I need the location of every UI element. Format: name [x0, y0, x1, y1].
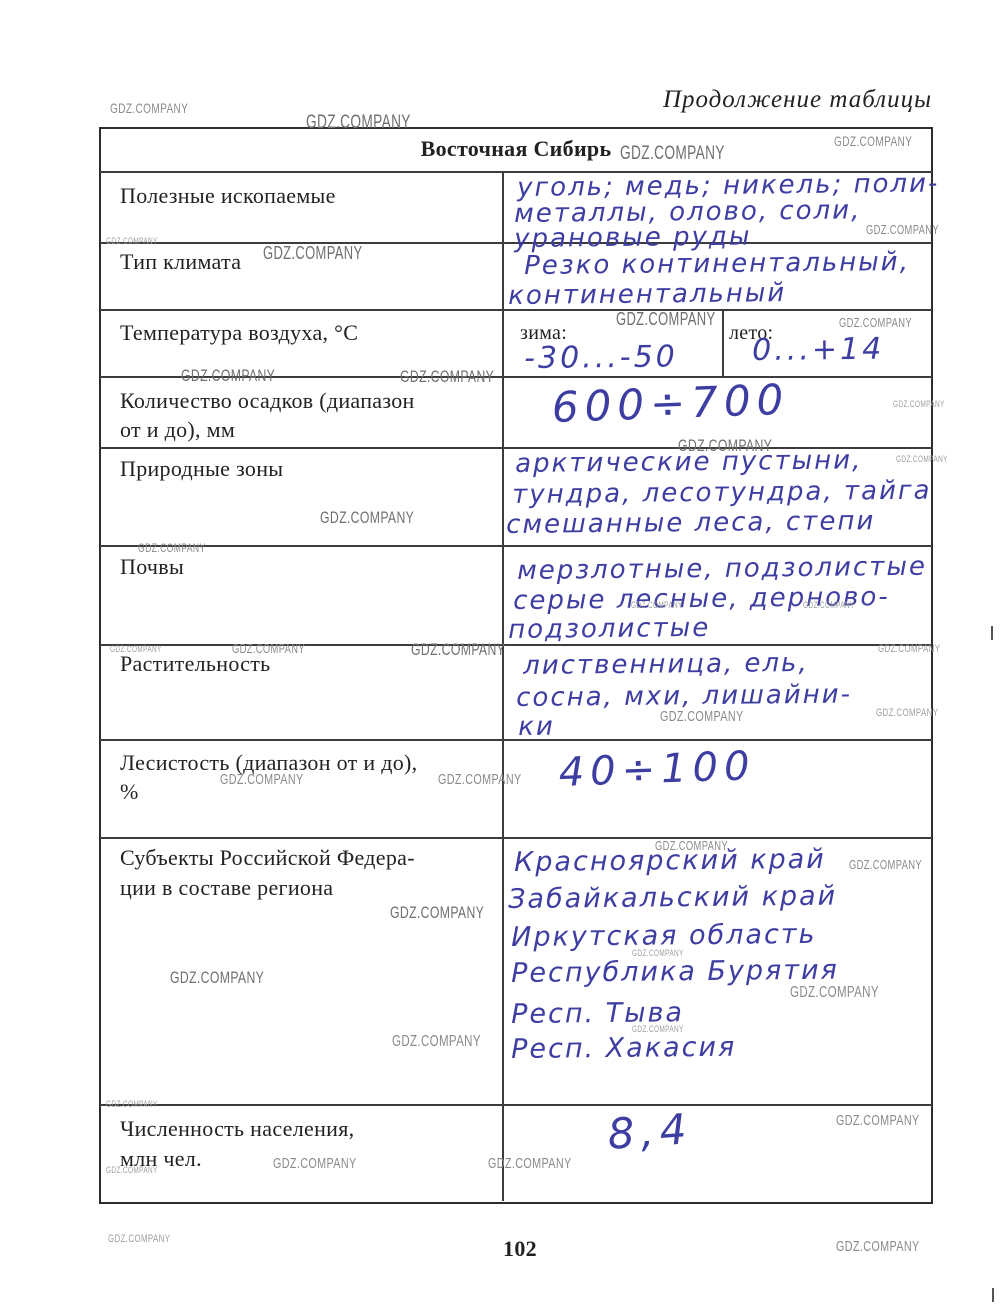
row-label: Почвы: [120, 554, 184, 580]
watermark: GDZ.COMPANY: [170, 968, 264, 988]
table-title: Восточная Сибирь: [100, 136, 932, 162]
handwritten-answer: Респ. Хакасия: [511, 1032, 736, 1065]
winter-value: -30...-50: [524, 339, 678, 376]
table-grid-line: [100, 837, 932, 839]
row-label: Полезные ископаемые: [120, 183, 336, 209]
watermark: GDZ.COMPANY: [488, 1155, 572, 1172]
watermark: GDZ.COMPANY: [106, 236, 158, 246]
scan-artifact: [992, 1288, 994, 1302]
watermark: GDZ.COMPANY: [108, 1233, 170, 1245]
handwritten-answer: континентальный: [508, 278, 786, 311]
table-grid-line: [100, 1104, 932, 1106]
watermark: GDZ.COMPANY: [893, 399, 945, 409]
handwritten-answer: 40÷100: [558, 743, 756, 796]
scan-artifact: [991, 626, 993, 640]
handwritten-answer: смешанные леса, степи: [506, 506, 875, 540]
handwritten-answer: ки: [518, 712, 555, 742]
summer-value: 0...+14: [752, 332, 884, 368]
watermark: GDZ.COMPANY: [110, 644, 162, 654]
row-label: Численность населения,: [120, 1116, 354, 1142]
watermark: GDZ.COMPANY: [632, 948, 684, 958]
watermark: GDZ.COMPANY: [836, 1238, 920, 1255]
scanned-page: Продолжение таблицы 102 Восточная Сибирь…: [0, 0, 1000, 1312]
watermark: GDZ.COMPANY: [390, 903, 484, 923]
watermark: GDZ.COMPANY: [411, 640, 505, 660]
watermark: GDZ.COMPANY: [106, 1165, 158, 1175]
handwritten-answer: Забайкальский край: [508, 881, 837, 915]
handwritten-answer: подзолистые: [508, 613, 710, 645]
watermark: GDZ.COMPANY: [392, 1033, 481, 1051]
watermark: GDZ.COMPANY: [866, 222, 939, 237]
row-label: Природные зоны: [120, 456, 283, 482]
watermark: GDZ.COMPANY: [220, 771, 304, 788]
row-label: ции в составе региона: [120, 875, 333, 901]
watermark: GDZ.COMPANY: [834, 133, 912, 149]
watermark: GDZ.COMPANY: [878, 643, 940, 655]
watermark: GDZ.COMPANY: [110, 100, 188, 116]
watermark: GDZ.COMPANY: [896, 454, 948, 464]
watermark: GDZ.COMPANY: [306, 112, 411, 134]
page-number: 102: [480, 1236, 560, 1262]
table-column-divider: [502, 171, 504, 1201]
watermark: GDZ.COMPANY: [438, 771, 522, 788]
handwritten-answer: 600÷700: [551, 375, 790, 432]
watermark: GDZ.COMPANY: [660, 708, 744, 725]
watermark: GDZ.COMPANY: [655, 838, 728, 853]
watermark: GDZ.COMPANY: [839, 315, 912, 330]
watermark: GDZ.COMPANY: [106, 1099, 158, 1109]
temperature-subdivider: [722, 309, 724, 376]
handwritten-answer: тундра, лесотундра, тайга: [512, 476, 932, 510]
watermark: GDZ.COMPANY: [876, 707, 938, 719]
row-label: Температура воздуха, °С: [120, 320, 358, 346]
table-grid-line: [100, 545, 932, 547]
watermark: GDZ.COMPANY: [138, 541, 206, 555]
watermark: GDZ.COMPANY: [320, 508, 414, 528]
watermark: GDZ.COMPANY: [803, 600, 855, 610]
watermark: GDZ.COMPANY: [849, 857, 922, 872]
handwritten-answer: мерзлотные, подзолистые: [517, 552, 927, 586]
watermark: GDZ.COMPANY: [790, 984, 879, 1002]
handwritten-answer: 8,4: [606, 1104, 694, 1159]
watermark: GDZ.COMPANY: [400, 367, 494, 387]
handwritten-answer: Резко континентальный,: [524, 247, 910, 281]
watermark: GDZ.COMPANY: [678, 436, 772, 456]
watermark: GDZ.COMPANY: [620, 143, 725, 165]
watermark: GDZ.COMPANY: [232, 641, 305, 656]
row-label: Тип климата: [120, 249, 241, 275]
watermark: GDZ.COMPANY: [836, 1112, 920, 1129]
watermark: GDZ.COMPANY: [616, 309, 715, 330]
watermark: GDZ.COMPANY: [181, 366, 275, 386]
row-label: Количество осадков (диапазон: [120, 388, 415, 414]
row-label: от и до), мм: [120, 417, 235, 443]
row-label: %: [120, 779, 139, 805]
row-label: Субъекты Российской Федера-: [120, 845, 415, 871]
watermark: GDZ.COMPANY: [632, 1024, 684, 1034]
table-grid-line: [100, 739, 932, 741]
watermark: GDZ.COMPANY: [631, 600, 683, 610]
continuation-heading: Продолжение таблицы: [500, 86, 932, 114]
handwritten-answer: лиственница, ель,: [523, 648, 809, 681]
watermark: GDZ.COMPANY: [263, 243, 362, 264]
watermark: GDZ.COMPANY: [273, 1155, 357, 1172]
